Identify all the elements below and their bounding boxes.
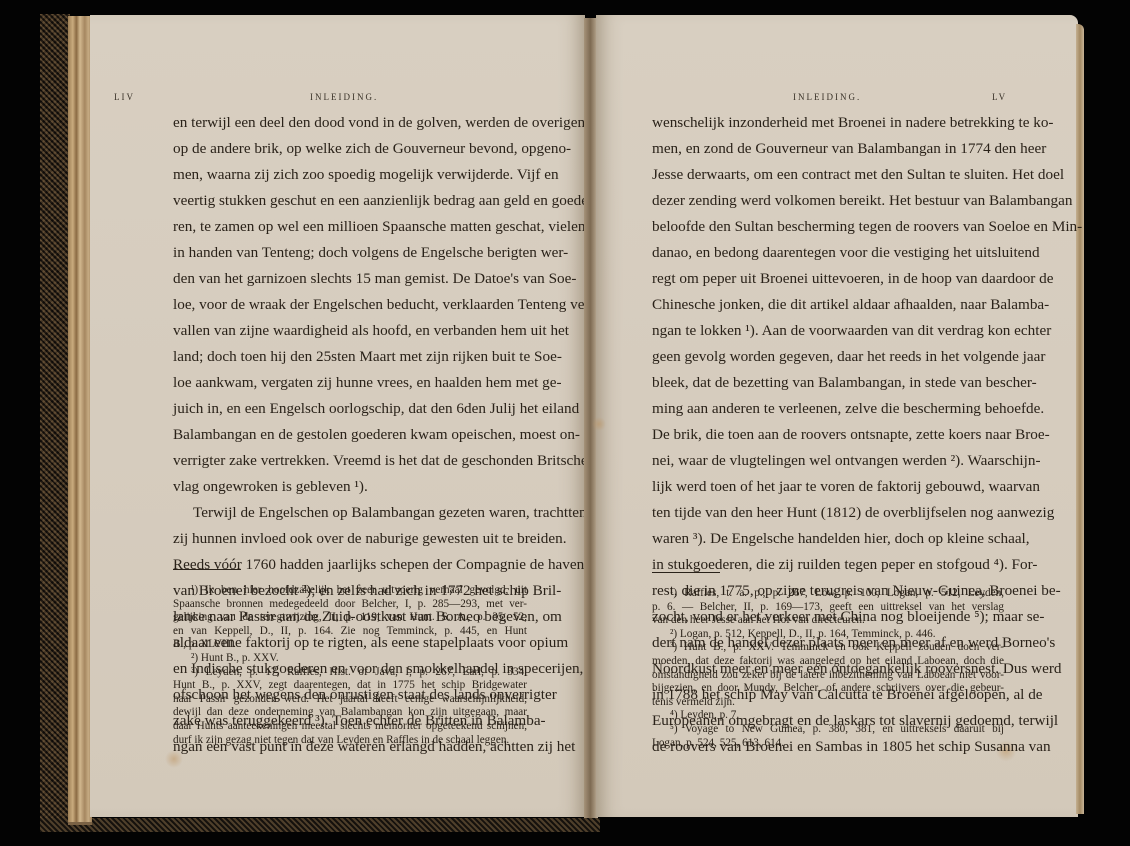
body-text-line: ming aan anderen te verleenen, zelve die… bbox=[652, 396, 1004, 422]
body-text-line: De brik, die toen aan de roovers ontsnap… bbox=[652, 422, 1004, 448]
footnote-line: en van Keppell, D., II, p. 164. Zie nog … bbox=[173, 625, 527, 639]
footnote-line: tenis vermeld zijn. bbox=[652, 696, 1004, 710]
left-footnotes: ¹) Ik ben hier hoofdzakelijk het zeer ui… bbox=[173, 584, 527, 747]
body-text-line: Terwijl de Engelschen op Balambangan gez… bbox=[173, 500, 527, 526]
body-text-line: ren, te zamen op wel een millioen Spaans… bbox=[173, 214, 527, 240]
footnote-line: ¹) Ik ben hier hoofdzakelijk het zeer ui… bbox=[173, 584, 527, 598]
body-text-line: beloofde den Sultan bescherming tegen de… bbox=[652, 214, 1004, 240]
footnote-line: van den heer Jesse aan het Hof van direc… bbox=[652, 614, 1004, 628]
page-edges-right bbox=[1076, 24, 1084, 814]
footnote-line: ¹) Raffles, t. a. p., p. 267, Low, p. 10… bbox=[652, 587, 1004, 601]
body-text-line: zij hunnen invloed ook over de naburige … bbox=[173, 526, 527, 552]
footnote-line: Hunt B., p. XXV, zegt daarentegen, dat i… bbox=[173, 679, 527, 693]
body-text-line: men, en zond de Gouverneur van Balambang… bbox=[652, 136, 1004, 162]
body-text-line: in handen van Tenteng; doch volgens de E… bbox=[173, 240, 527, 266]
footnote-line: ²) Logan, p. 512, Keppell, D., II, p. 16… bbox=[652, 628, 1004, 642]
body-text-line: Balambangan en de gestolen goederen kwam… bbox=[173, 422, 527, 448]
footnote-line: Spaansche bronnen medegedeeld door Belch… bbox=[173, 598, 527, 612]
body-text-line: land; doch toen hij den 25sten Maart met… bbox=[173, 344, 527, 370]
footnote-line: ⁴) Leyden, p. 7. bbox=[652, 709, 1004, 723]
book-cover-bottom bbox=[40, 818, 600, 832]
footnote-line: dewijl dan deze onderneming van Balamban… bbox=[173, 706, 527, 720]
left-running-head: INLEIDING. bbox=[310, 92, 378, 102]
body-text-line: juich in, en een Engelsch oorlogschip, d… bbox=[173, 396, 527, 422]
body-text-line: op de andere brik, op welke zich de Gouv… bbox=[173, 136, 527, 162]
footnote-line: p. 6. — Belcher, II, p. 169—173, geeft e… bbox=[652, 601, 1004, 615]
footnote-rule bbox=[652, 572, 720, 573]
body-text-line: vlag ongewroken is gebleven ¹). bbox=[173, 474, 527, 500]
right-running-head: INLEIDING. bbox=[793, 92, 861, 102]
footnote-line: moeden, dat deze faktorij was aangelegd … bbox=[652, 655, 1004, 669]
body-text-line: men, waarna zij zich zoo spoedig mogelij… bbox=[173, 162, 527, 188]
body-text-line: danao, en bedong daarentegen voor die ve… bbox=[652, 240, 1004, 266]
body-text-line: waren ³). De Engelsche handelden hier, d… bbox=[652, 526, 1004, 552]
body-text-line: den van het garnizoen slechts 15 man gem… bbox=[173, 266, 527, 292]
footnote-line: B., p. XLVIII. bbox=[173, 638, 527, 652]
body-text-line: veertig stukken geschut en een aanzienli… bbox=[173, 188, 527, 214]
body-text-line: in stukgoederen, die zij ruilden tegen p… bbox=[652, 552, 1004, 578]
body-text-line: loe, voor de wraak der Engelschen beduch… bbox=[173, 292, 527, 318]
footnote-line: omstandigheid zou zeker bij de latere in… bbox=[652, 669, 1004, 683]
body-text-line: loe aankwam, vergaten zij hunne vrees, e… bbox=[173, 370, 527, 396]
body-text-line: geen gevolg worden gegeven, daar het ree… bbox=[652, 344, 1004, 370]
page-edges-left bbox=[68, 16, 92, 825]
footnote-line: ³) Leyden, p. 17, Raffles, Hist. of Java… bbox=[173, 666, 527, 680]
body-text-line: bleek, dat de bezetting van Balambangan,… bbox=[652, 370, 1004, 396]
body-text-line: ten tijde van den heer Hunt (1812) de ov… bbox=[652, 500, 1004, 526]
footnote-line: durf ik zijn gezag niet tegen dat van Le… bbox=[173, 734, 527, 748]
footnote-line: ⁵) Voyage to New Guinea, p. 380, 381, en… bbox=[652, 723, 1004, 737]
footnote-line: daar Hunts aanteekeningen meestal slecht… bbox=[173, 720, 527, 734]
body-text-line: verrigter zake vertrekken. Vreemd is het… bbox=[173, 448, 527, 474]
body-text-line: dezer zending werd volkomen bereikt. Het… bbox=[652, 188, 1004, 214]
body-text-line: wenschelijk inzonderheid met Broenei in … bbox=[652, 110, 1004, 136]
body-text-line: lijk werd toen of het jaar te voren de f… bbox=[652, 474, 1004, 500]
body-text-line: en terwijl een deel den dood vond in de … bbox=[173, 110, 527, 136]
body-text-line: Jesse derwaarts, om een contract met den… bbox=[652, 162, 1004, 188]
book-cover-left bbox=[40, 14, 70, 832]
footnote-rule bbox=[173, 569, 241, 570]
footnote-line: gelijking van de teregtwijzing, II, p. 1… bbox=[173, 611, 527, 625]
footnote-line: ³) Hunt B., p. XXV. Temminck en ook Kepp… bbox=[652, 641, 1004, 655]
footnote-line: naar Passir gezonden werd. Het jaartal h… bbox=[173, 693, 527, 707]
foxing-spot bbox=[592, 417, 606, 431]
footnote-line: Logan, p. 524, 525, 613, 614. bbox=[652, 737, 1004, 751]
left-page-number: LIV bbox=[114, 92, 135, 102]
footnote-line: bijgezien, en door Mundy, Belcher, of an… bbox=[652, 682, 1004, 696]
body-text-line: Reeds vóór 1760 hadden jaarlijks schepen… bbox=[173, 552, 527, 578]
body-text-line: ngan te lokken ¹). Aan de voorwaarden va… bbox=[652, 318, 1004, 344]
footnote-line: ²) Hunt B., p. XXV. bbox=[173, 652, 527, 666]
body-text-line: Chinesche jonken, die dit artikel aldaar… bbox=[652, 292, 1004, 318]
right-page-number: LV bbox=[992, 92, 1007, 102]
right-footnotes: ¹) Raffles, t. a. p., p. 267, Low, p. 10… bbox=[652, 587, 1004, 750]
body-text-line: nei, waar de vlugtelingen wel ontvangen … bbox=[652, 448, 1004, 474]
body-text-line: vallen van zijne waardigheid als hoofd, … bbox=[173, 318, 527, 344]
body-text-line: regt om peper uit Broenei uittevoeren, i… bbox=[652, 266, 1004, 292]
